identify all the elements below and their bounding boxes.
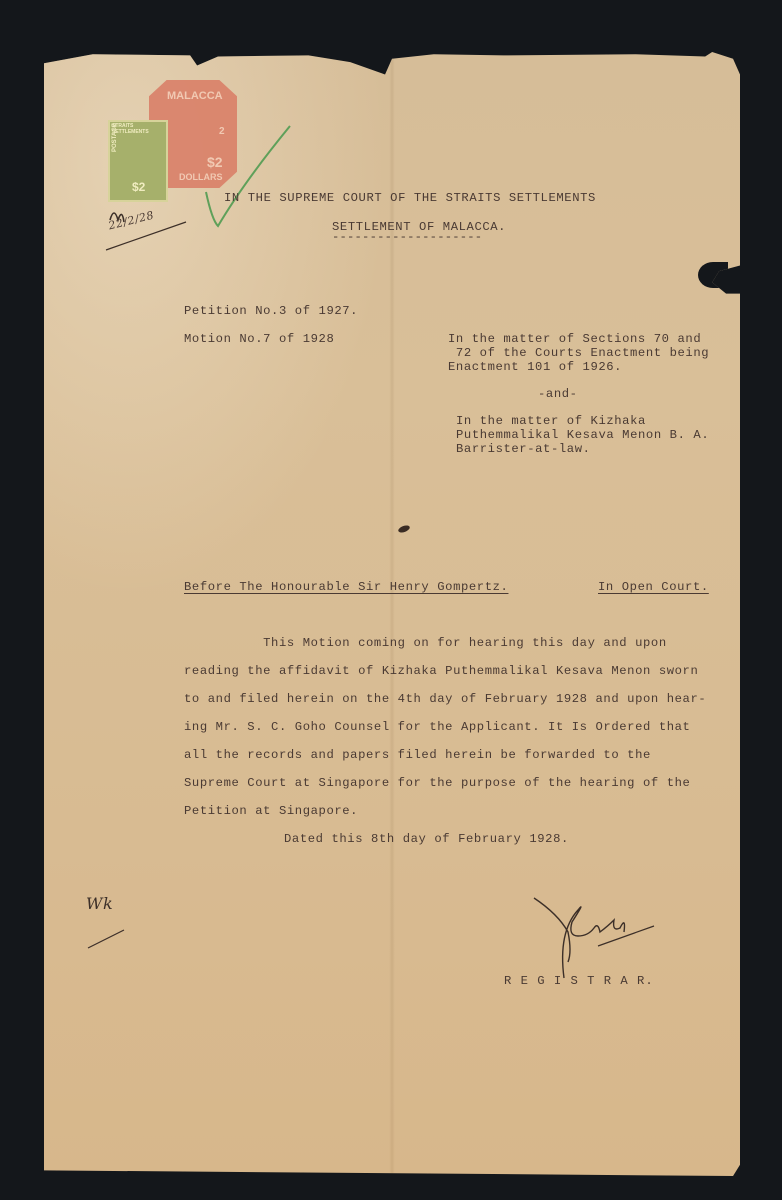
stamp-value: $2 bbox=[132, 180, 145, 194]
initials-stroke-icon bbox=[84, 922, 134, 952]
matter-first-line2: 72 of the Courts Enactment being bbox=[448, 346, 709, 360]
matter-first-line1: In the matter of Sections 70 and bbox=[448, 332, 701, 346]
body-line-1: This Motion coming on for hearing this d… bbox=[184, 636, 667, 650]
straits-settlements-postage-stamp: STRAITS SETTLEMENTS POSTAGE $2 bbox=[108, 120, 168, 202]
body-line-6: Supreme Court at Singapore for the purpo… bbox=[184, 776, 690, 790]
body-line-4: ing Mr. S. C. Goho Counsel for the Appli… bbox=[184, 720, 690, 734]
registrar-title: R E G I S T R A R. bbox=[504, 974, 654, 988]
matter-second-line3: Barrister-at-law. bbox=[456, 442, 591, 456]
matter-first-line3: Enactment 101 of 1926. bbox=[448, 360, 622, 374]
stamp-side-label: POSTAGE bbox=[112, 123, 118, 152]
dated-line: Dated this 8th day of February 1928. bbox=[284, 832, 569, 846]
motion-number: Motion No.7 of 1928 bbox=[184, 332, 334, 346]
green-check-mark-icon bbox=[204, 122, 294, 232]
stamp-header: STRAITS SETTLEMENTS bbox=[112, 123, 166, 135]
before-judge: Before The Honourable Sir Henry Gompertz… bbox=[184, 580, 508, 594]
open-court: In Open Court. bbox=[598, 580, 709, 594]
court-order-document: MALACCA 2 $2 DOLLARS STRAITS SETTLEMENTS… bbox=[44, 52, 740, 1176]
body-line-7: Petition at Singapore. bbox=[184, 804, 358, 818]
matter-second-line2: Puthemmalikal Kesava Menon B. A. bbox=[456, 428, 709, 442]
burn-hole bbox=[698, 262, 728, 288]
handwritten-initials: Wk bbox=[86, 894, 113, 913]
stamp-country: MALACCA bbox=[167, 90, 223, 102]
registrar-signature-icon bbox=[528, 892, 658, 982]
body-line-2: reading the affidavit of Kizhaka Puthemm… bbox=[184, 664, 698, 678]
body-line-5: all the records and papers filed herein … bbox=[184, 748, 651, 762]
title-rule: -------------------- bbox=[332, 230, 482, 244]
and-separator: -and- bbox=[538, 387, 578, 401]
court-title: IN THE SUPREME COURT OF THE STRAITS SETT… bbox=[224, 191, 596, 205]
matter-second-line1: In the matter of Kizhaka bbox=[456, 414, 646, 428]
petition-number: Petition No.3 of 1927. bbox=[184, 304, 358, 318]
body-line-3: to and filed herein on the 4th day of Fe… bbox=[184, 692, 706, 706]
ink-blot bbox=[397, 524, 410, 534]
